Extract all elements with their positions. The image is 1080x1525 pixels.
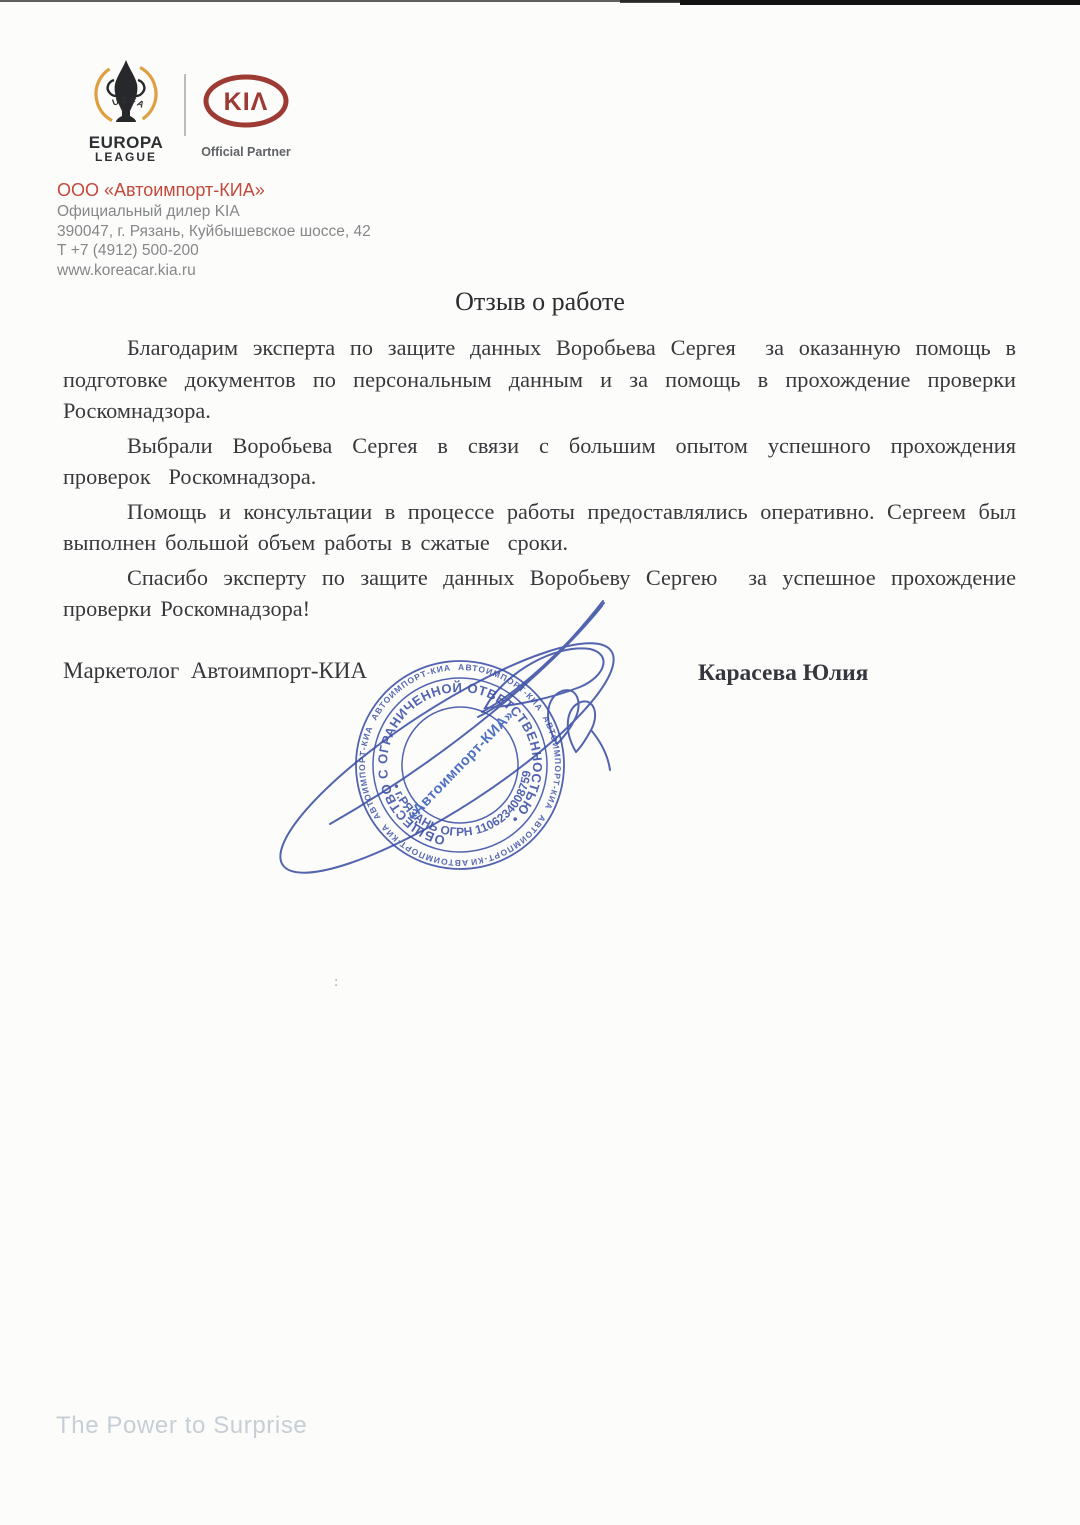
logo-divider [184, 74, 186, 136]
header-logos: UEFA EUROPA LEAGUE KIΛ Official Partner [78, 56, 294, 164]
letter-paragraph: Выбрали Воробьева Сергея в связи с больш… [63, 430, 1016, 493]
kia-oval-logo-icon: KIΛ [202, 74, 290, 128]
uefa-league-label: LEAGUE [78, 151, 174, 164]
company-dealer-line: Официальный дилер KIA [57, 202, 371, 222]
company-phone-line: Т +7 (4912) 500-200 [57, 241, 371, 261]
kia-slogan: The Power to Surprise [56, 1412, 307, 1440]
stamp-top-arc-text: ОБЩЕСТВО С ОГРАНИЧЕННОЙ ОТВЕТСТВЕННОСТЬЮ… [367, 671, 554, 854]
scan-edge-corner [680, 0, 1080, 5]
letter-paragraph: Благодарим эксперта по защите данных Вор… [63, 332, 1016, 427]
uefa-trophy-icon: UEFA [78, 56, 174, 128]
kia-logo-text: KIΛ [224, 88, 269, 116]
letter-title: Отзыв о работе [0, 287, 1080, 317]
company-round-stamp: АВТОИМПОРТ-КИА АВТОИМПОРТ-КИА АВТОИМПОРТ… [346, 651, 575, 880]
company-info-block: ООО «Автоимпорт-КИА» Официальный дилер K… [57, 178, 371, 280]
handwritten-signature [255, 601, 638, 907]
svg-text:АВТОИМПОРТ-КИА АВТОИМПОРТ-КИА: АВТОИМПОРТ-КИА АВТОИМПОРТ-КИА АВТОИМПОРТ… [347, 652, 573, 879]
uefa-europa-league-logo: UEFA EUROPA LEAGUE [78, 56, 174, 164]
letter-paragraph: Помощь и консультации в процессе работы … [63, 496, 1016, 559]
svg-text:• г.РЯЗАНЬ ОГРН 1106234008759: • г.РЯЗАНЬ ОГРН 1106234008759 [389, 768, 540, 846]
signer-name: Карасева Юлия [698, 660, 868, 687]
letter-paragraph: Спасибо эксперту по защите данных Воробь… [63, 562, 1016, 625]
svg-text:ОБЩЕСТВО С ОГРАНИЧЕННОЙ ОТВЕТС: ОБЩЕСТВО С ОГРАНИЧЕННОЙ ОТВЕТСТВЕННОСТЬЮ… [367, 671, 554, 854]
scan-smudge: : [334, 974, 338, 991]
kia-logo-block: KIΛ Official Partner [198, 74, 294, 159]
signer-job-title: Маркетолог Автоимпорт-КИА [63, 658, 367, 684]
uefa-europa-label: EUROPA [78, 134, 174, 151]
scanned-letter-page: { "header": { "uefa": { "arc_label": "UE… [0, 0, 1080, 1525]
official-partner-label: Official Partner [198, 145, 294, 159]
letter-body: Благодарим эксперта по защите данных Вор… [63, 332, 1016, 628]
company-name: ООО «Автоимпорт-КИА» [57, 178, 371, 202]
company-address-line: 390047, г. Рязань, Куйбышевское шоссе, 4… [57, 222, 371, 242]
stamp-outer-ring-text: АВТОИМПОРТ-КИА АВТОИМПОРТ-КИА АВТОИМПОРТ… [347, 652, 573, 879]
stamp-center-text: «Автоимпорт-КИА» [404, 707, 517, 824]
company-website-line: www.koreacar.kia.ru [57, 261, 371, 281]
stamp-bottom-arc-text: • г.РЯЗАНЬ ОГРН 1106234008759 [389, 768, 540, 846]
